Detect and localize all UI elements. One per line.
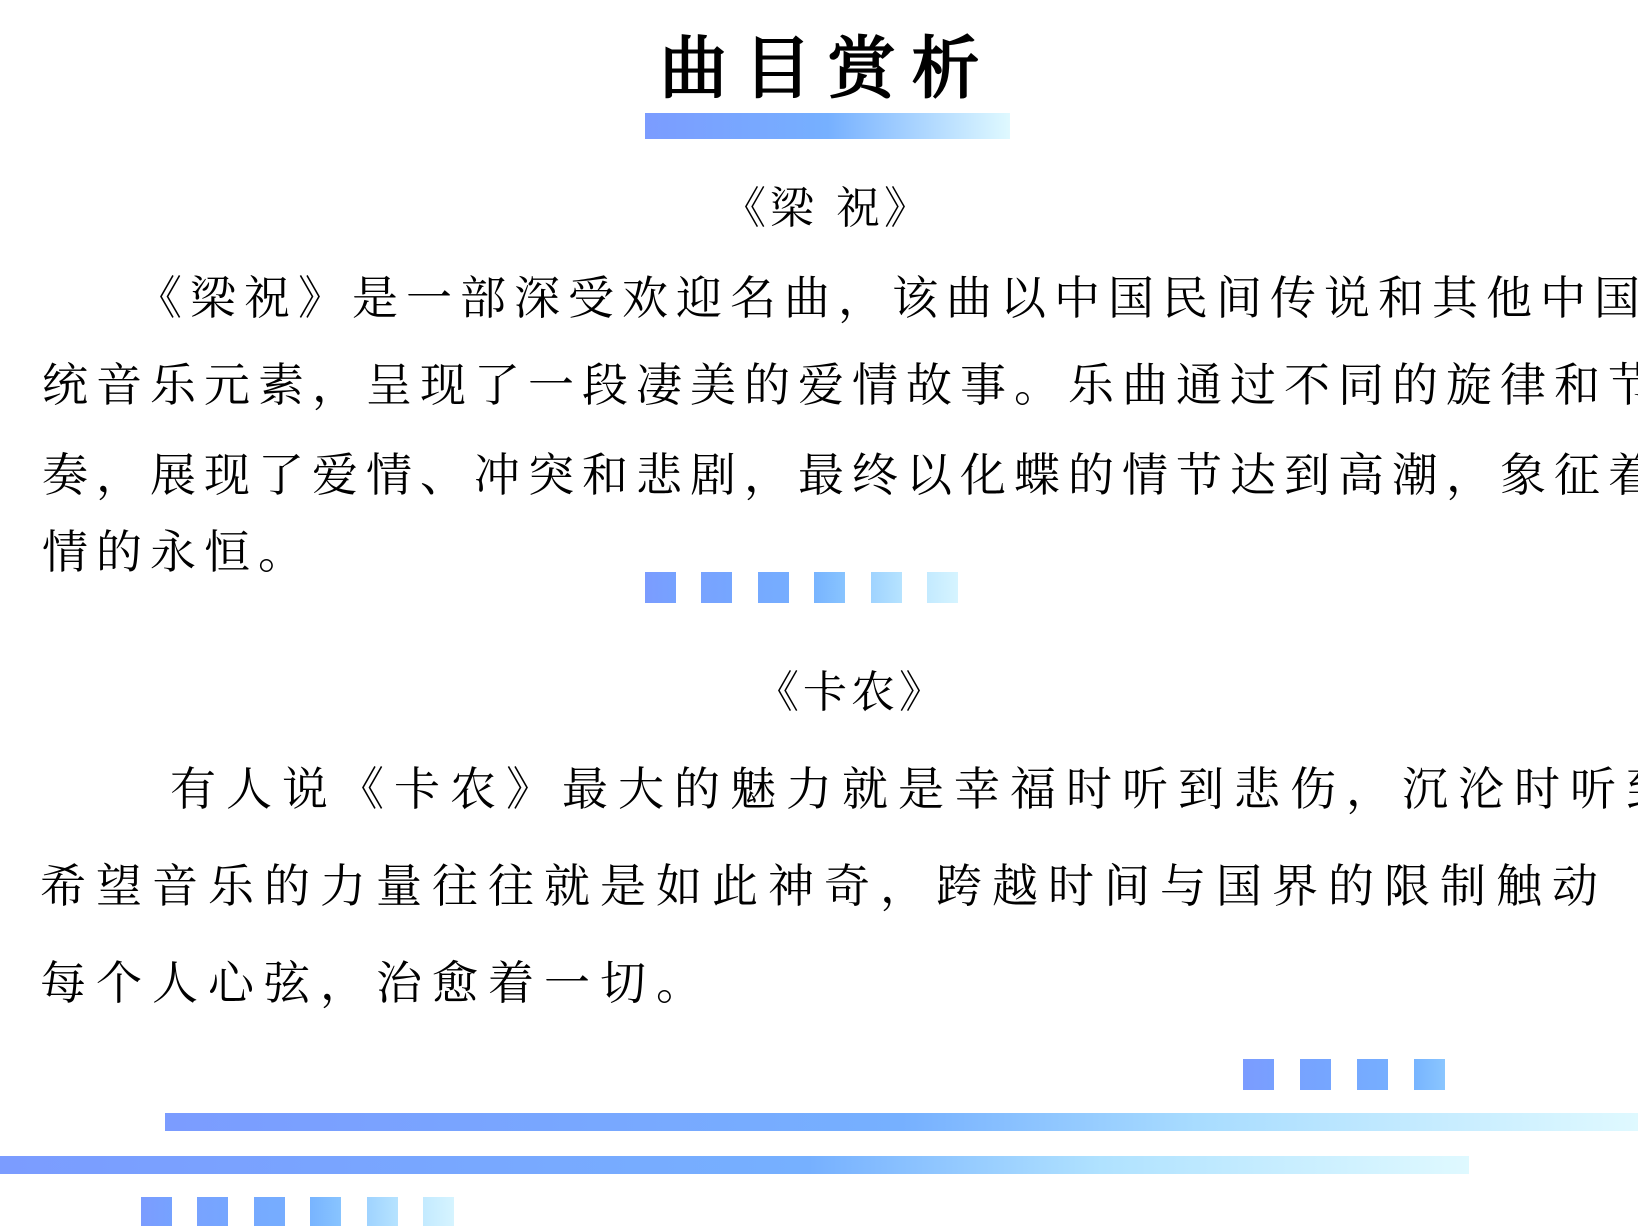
decorative-square	[927, 572, 958, 603]
decorative-square	[367, 1197, 398, 1226]
decorative-square	[645, 572, 676, 603]
decorative-bar-upper	[165, 1113, 1638, 1131]
paragraph-line: 希望音乐的力量往往就是如此神奇，跨越时间与国界的限制触动	[40, 860, 1608, 912]
decorative-square	[701, 572, 732, 603]
paragraph-line: 有人说《卡农》最大的魅力就是幸福时听到悲伤，沉沦时听到	[170, 763, 1638, 815]
section-heading-canon: 《卡农》	[755, 668, 947, 718]
decorative-square	[423, 1197, 454, 1226]
decorative-bar-lower	[0, 1156, 1469, 1174]
decorative-square	[871, 572, 902, 603]
paragraph-line: 情的永恒。	[42, 526, 312, 578]
decorative-square	[1357, 1059, 1388, 1090]
paragraph-line: 奏，展现了爱情、冲突和悲剧，最终以化蝶的情节达到高潮，象征着爱	[42, 449, 1638, 501]
paragraph-line: 《梁祝》是一部深受欢迎名曲，该曲以中国民间传说和其他中国传	[136, 272, 1638, 324]
decorative-square	[1300, 1059, 1331, 1090]
decorative-square	[141, 1197, 172, 1226]
decorative-square	[254, 1197, 285, 1226]
decorative-square	[814, 572, 845, 603]
decorative-square	[1243, 1059, 1274, 1090]
decorative-square	[1414, 1059, 1445, 1090]
paragraph-line: 统音乐元素，呈现了一段凄美的爱情故事。乐曲通过不同的旋律和节	[42, 359, 1638, 411]
section-heading-liangzhu: 《梁 祝》	[722, 184, 932, 234]
page-title: 曲目赏析	[645, 30, 1010, 110]
decorative-square	[197, 1197, 228, 1226]
decorative-square	[758, 572, 789, 603]
title-underline-bar	[645, 113, 1010, 139]
paragraph-line: 每个人心弦，治愈着一切。	[40, 957, 712, 1009]
decorative-square	[310, 1197, 341, 1226]
